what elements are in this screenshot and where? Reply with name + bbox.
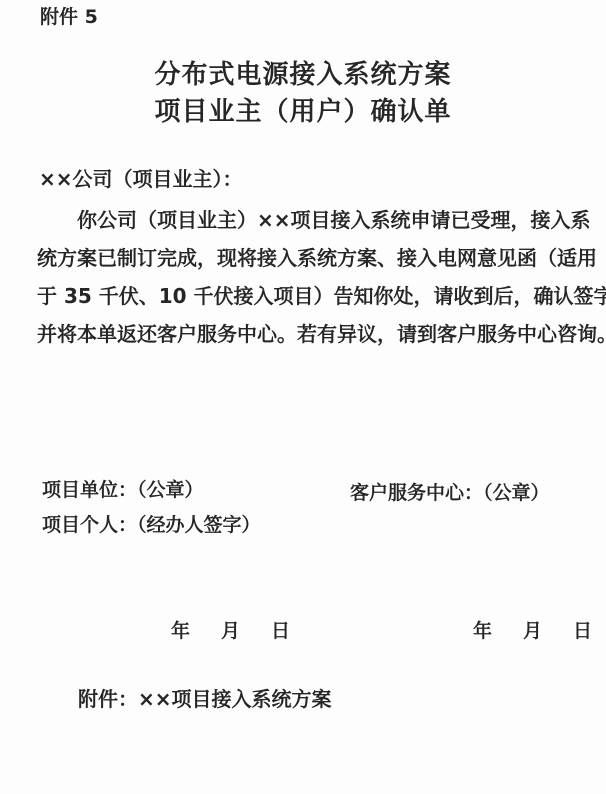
date-line-left: 年 月 日 [171,618,296,645]
salutation-line: ××公司（项目业主）： [39,165,243,193]
project-unit-seal-line: 项目单位：（公章） [42,477,204,504]
body-paragraph: 你公司（项目业主）××项目接入系统申请已受理，接入系 统方案已制订完成，现将接入… [37,201,571,353]
body-line-4: 并将本单返还客户服务中心。若有异议，请到客户服务中心咨询。 [37,315,571,353]
date-line-right: 年 月 日 [473,618,598,645]
body-line-3: 于 35 千伏、10 千伏接入项目）告知你处，请收到后，确认签字， [37,277,571,315]
document-page: 附件 5 分布式电源接入系统方案 项目业主（用户）确认单 ××公司（项目业主）：… [0,0,606,794]
body-line-2: 统方案已制订完成，现将接入系统方案、接入电网意见函（适用 [37,239,571,277]
title-line-2: 项目业主（用户）确认单 [0,94,606,131]
title-line-1: 分布式电源接入系统方案 [0,57,606,94]
attachment-note: 附件：××项目接入系统方案 [78,685,332,713]
attachment-label: 附件 5 [40,4,98,30]
service-center-seal-line: 客户服务中心：（公章） [350,480,550,507]
project-person-signature-line: 项目个人：（经办人签字） [42,512,261,539]
document-title: 分布式电源接入系统方案 项目业主（用户）确认单 [0,57,606,131]
body-line-1: 你公司（项目业主）××项目接入系统申请已受理，接入系 [37,201,571,239]
